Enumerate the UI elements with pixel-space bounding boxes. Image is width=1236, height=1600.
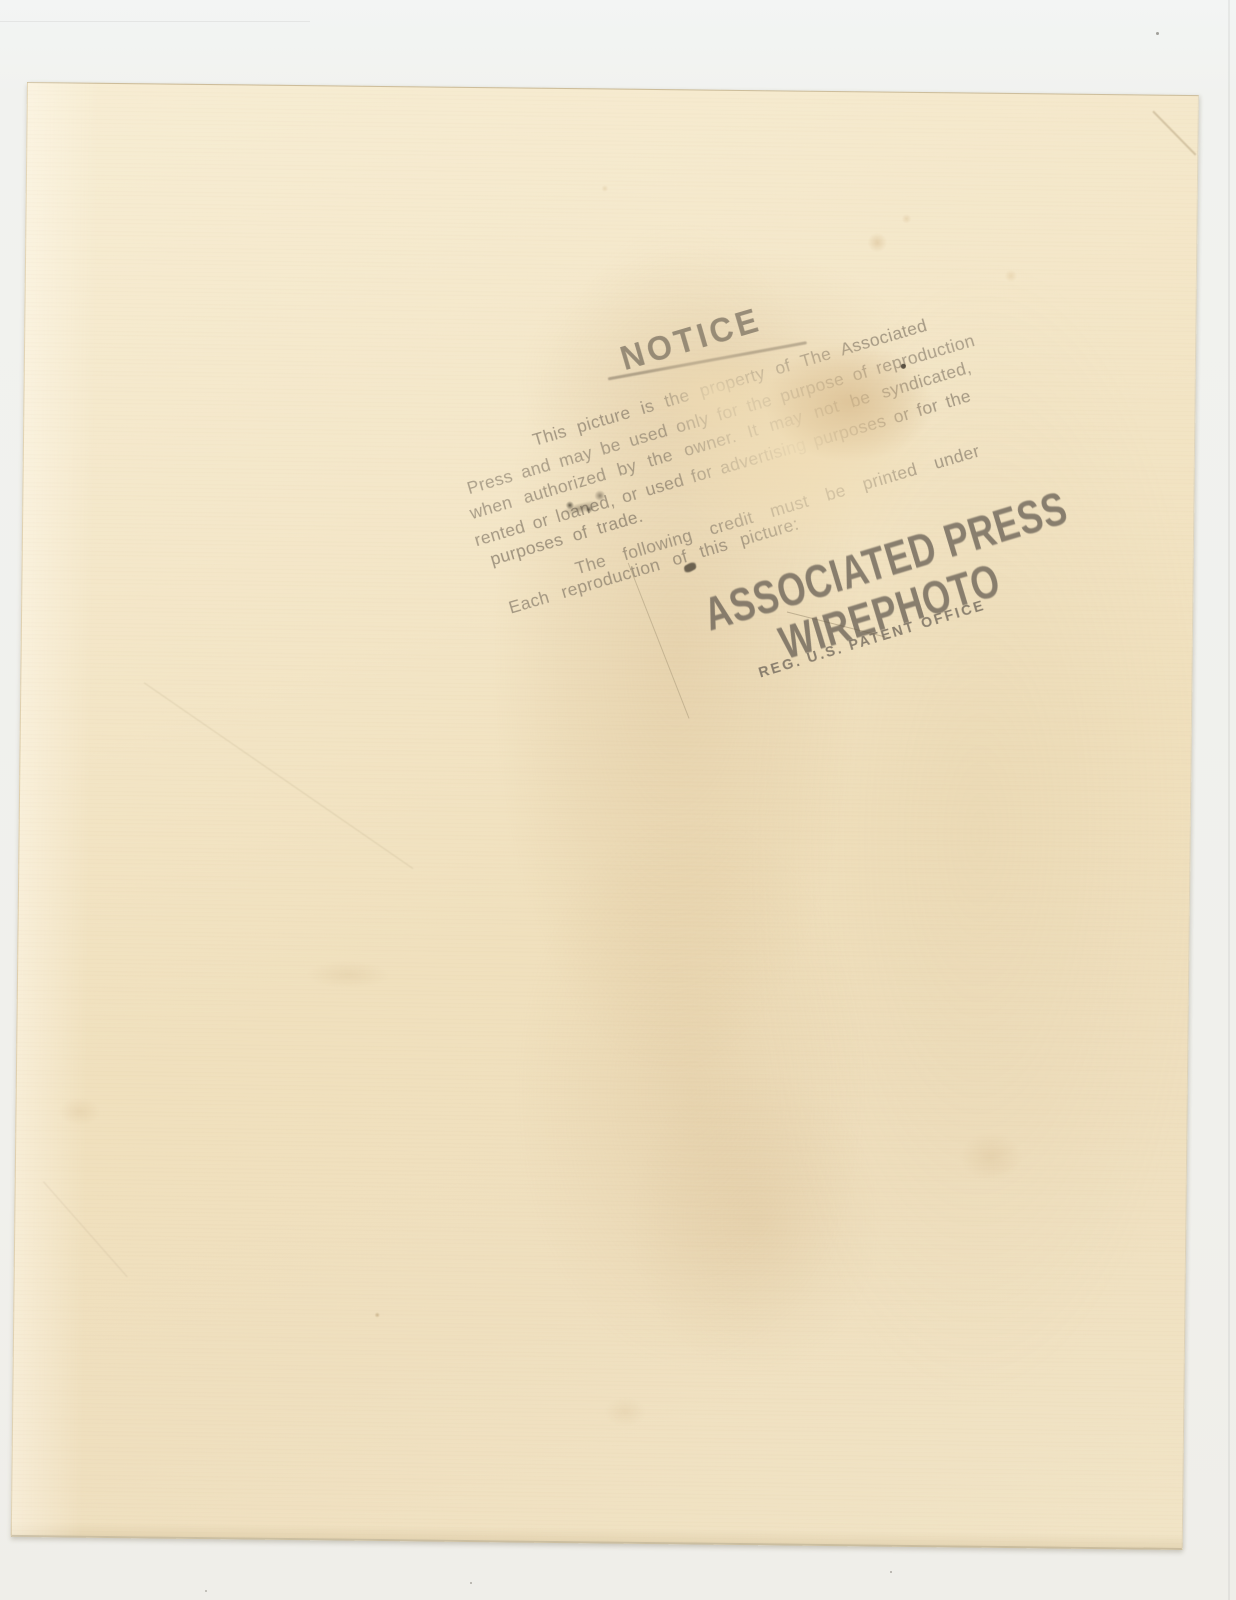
- dust-speck: [890, 1571, 892, 1573]
- ink-dot: [901, 364, 906, 369]
- scanned-photo-back: NOTICE This picture is the property of T…: [0, 0, 1236, 1600]
- corner-crease: [1153, 111, 1197, 156]
- scratch-line: [144, 682, 414, 869]
- scratch-line: [43, 1181, 128, 1277]
- scratch-line: [628, 563, 690, 719]
- photo-paper: NOTICE This picture is the property of T…: [11, 82, 1199, 1550]
- scanner-edge-line: [1228, 0, 1230, 1600]
- dust-speck: [470, 1582, 472, 1584]
- scanner-artifact-line: [0, 21, 310, 22]
- dust-speck: [1156, 32, 1159, 35]
- dust-speck: [205, 1590, 207, 1592]
